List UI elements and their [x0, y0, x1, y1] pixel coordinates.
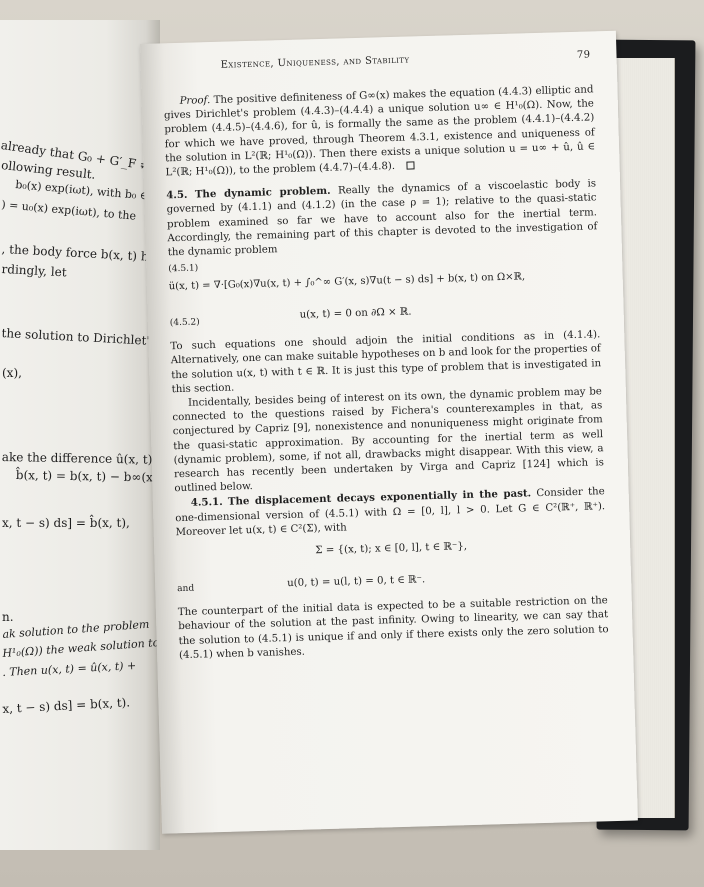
left-line: , the body force b(x, t) has: [1, 242, 160, 264]
running-head: Existence, Uniqueness, and Stability 79: [220, 49, 590, 70]
left-page: already that G₀ + G′_F ≠ 0 ollowing resu…: [0, 20, 160, 850]
equation-boundary: and u(0, t) = u(l, t) = 0, t ∈ ℝ⁻.: [177, 558, 608, 598]
left-line: . Then u(x, t) = û(x, t) +: [2, 659, 136, 679]
page-body: Proof. The positive definiteness of G∞(x…: [163, 83, 609, 663]
left-line: ake the difference û(x, t) =: [2, 450, 160, 467]
equation-body: ü(x, t) = ∇·[G₀(x)∇u(x, t) + ∫₀^∞ G′(x, …: [169, 269, 599, 295]
left-line: x, t − s) ds] = b(x, t).: [2, 695, 130, 716]
proof-text: The positive definiteness of G∞(x) makes…: [164, 84, 595, 178]
equation-sigma: Σ = {(x, t); x ∈ [0, l], t ∈ ℝ⁻},: [176, 536, 606, 562]
left-line: b₀(x) exp(iωt), with b₀ ∈: [15, 178, 149, 203]
page-number: 79: [577, 49, 591, 60]
left-line: H¹₀(Ω)) the weak solution to: [2, 636, 160, 660]
equation-4-5-1: (4.5.1) ü(x, t) = ∇·[G₀(x)∇u(x, t) + ∫₀^…: [168, 263, 599, 301]
proof-paragraph: Proof. The positive definiteness of G∞(x…: [163, 83, 595, 180]
section-number: 4.5.: [166, 189, 188, 202]
proof-label: Proof.: [179, 95, 210, 107]
left-line: x, t − s) ds] = b̂(x, t),: [2, 516, 130, 530]
left-line: ) = u₀(x) exp(iωt), to the: [1, 198, 137, 223]
equation-body: u(0, t) = u(l, t) = 0, t ∈ ℝ⁻.: [287, 574, 425, 592]
left-line: rdingly, let: [1, 262, 67, 279]
equation-body: u(x, t) = 0 on ∂Ω × ℝ.: [299, 306, 411, 323]
equation-label: (4.5.1): [168, 262, 198, 277]
section-title: The dynamic problem.: [195, 185, 331, 201]
paragraph-counterpart: The counterpart of the initial data is e…: [178, 594, 609, 663]
left-line: (x),: [2, 366, 22, 380]
right-page: Existence, Uniqueness, and Stability 79 …: [140, 31, 638, 834]
paragraph-incidentally: Incidentally, besides being of interest …: [172, 385, 605, 496]
qed-square-icon: [406, 161, 414, 169]
left-line: the solution to Dirichlet's: [1, 326, 156, 348]
equation-label: (4.5.2): [170, 316, 200, 331]
subsection-number: 4.5.1.: [191, 496, 223, 509]
equation-connector: and: [177, 582, 194, 597]
left-line: n.: [2, 610, 14, 624]
left-line: b̂(x, t) = b(x, t) − b∞(x).: [16, 468, 160, 485]
running-head-title: Existence, Uniqueness, and Stability: [220, 54, 409, 70]
section-4-5: 4.5. The dynamic problem. Really the dyn…: [166, 177, 598, 261]
